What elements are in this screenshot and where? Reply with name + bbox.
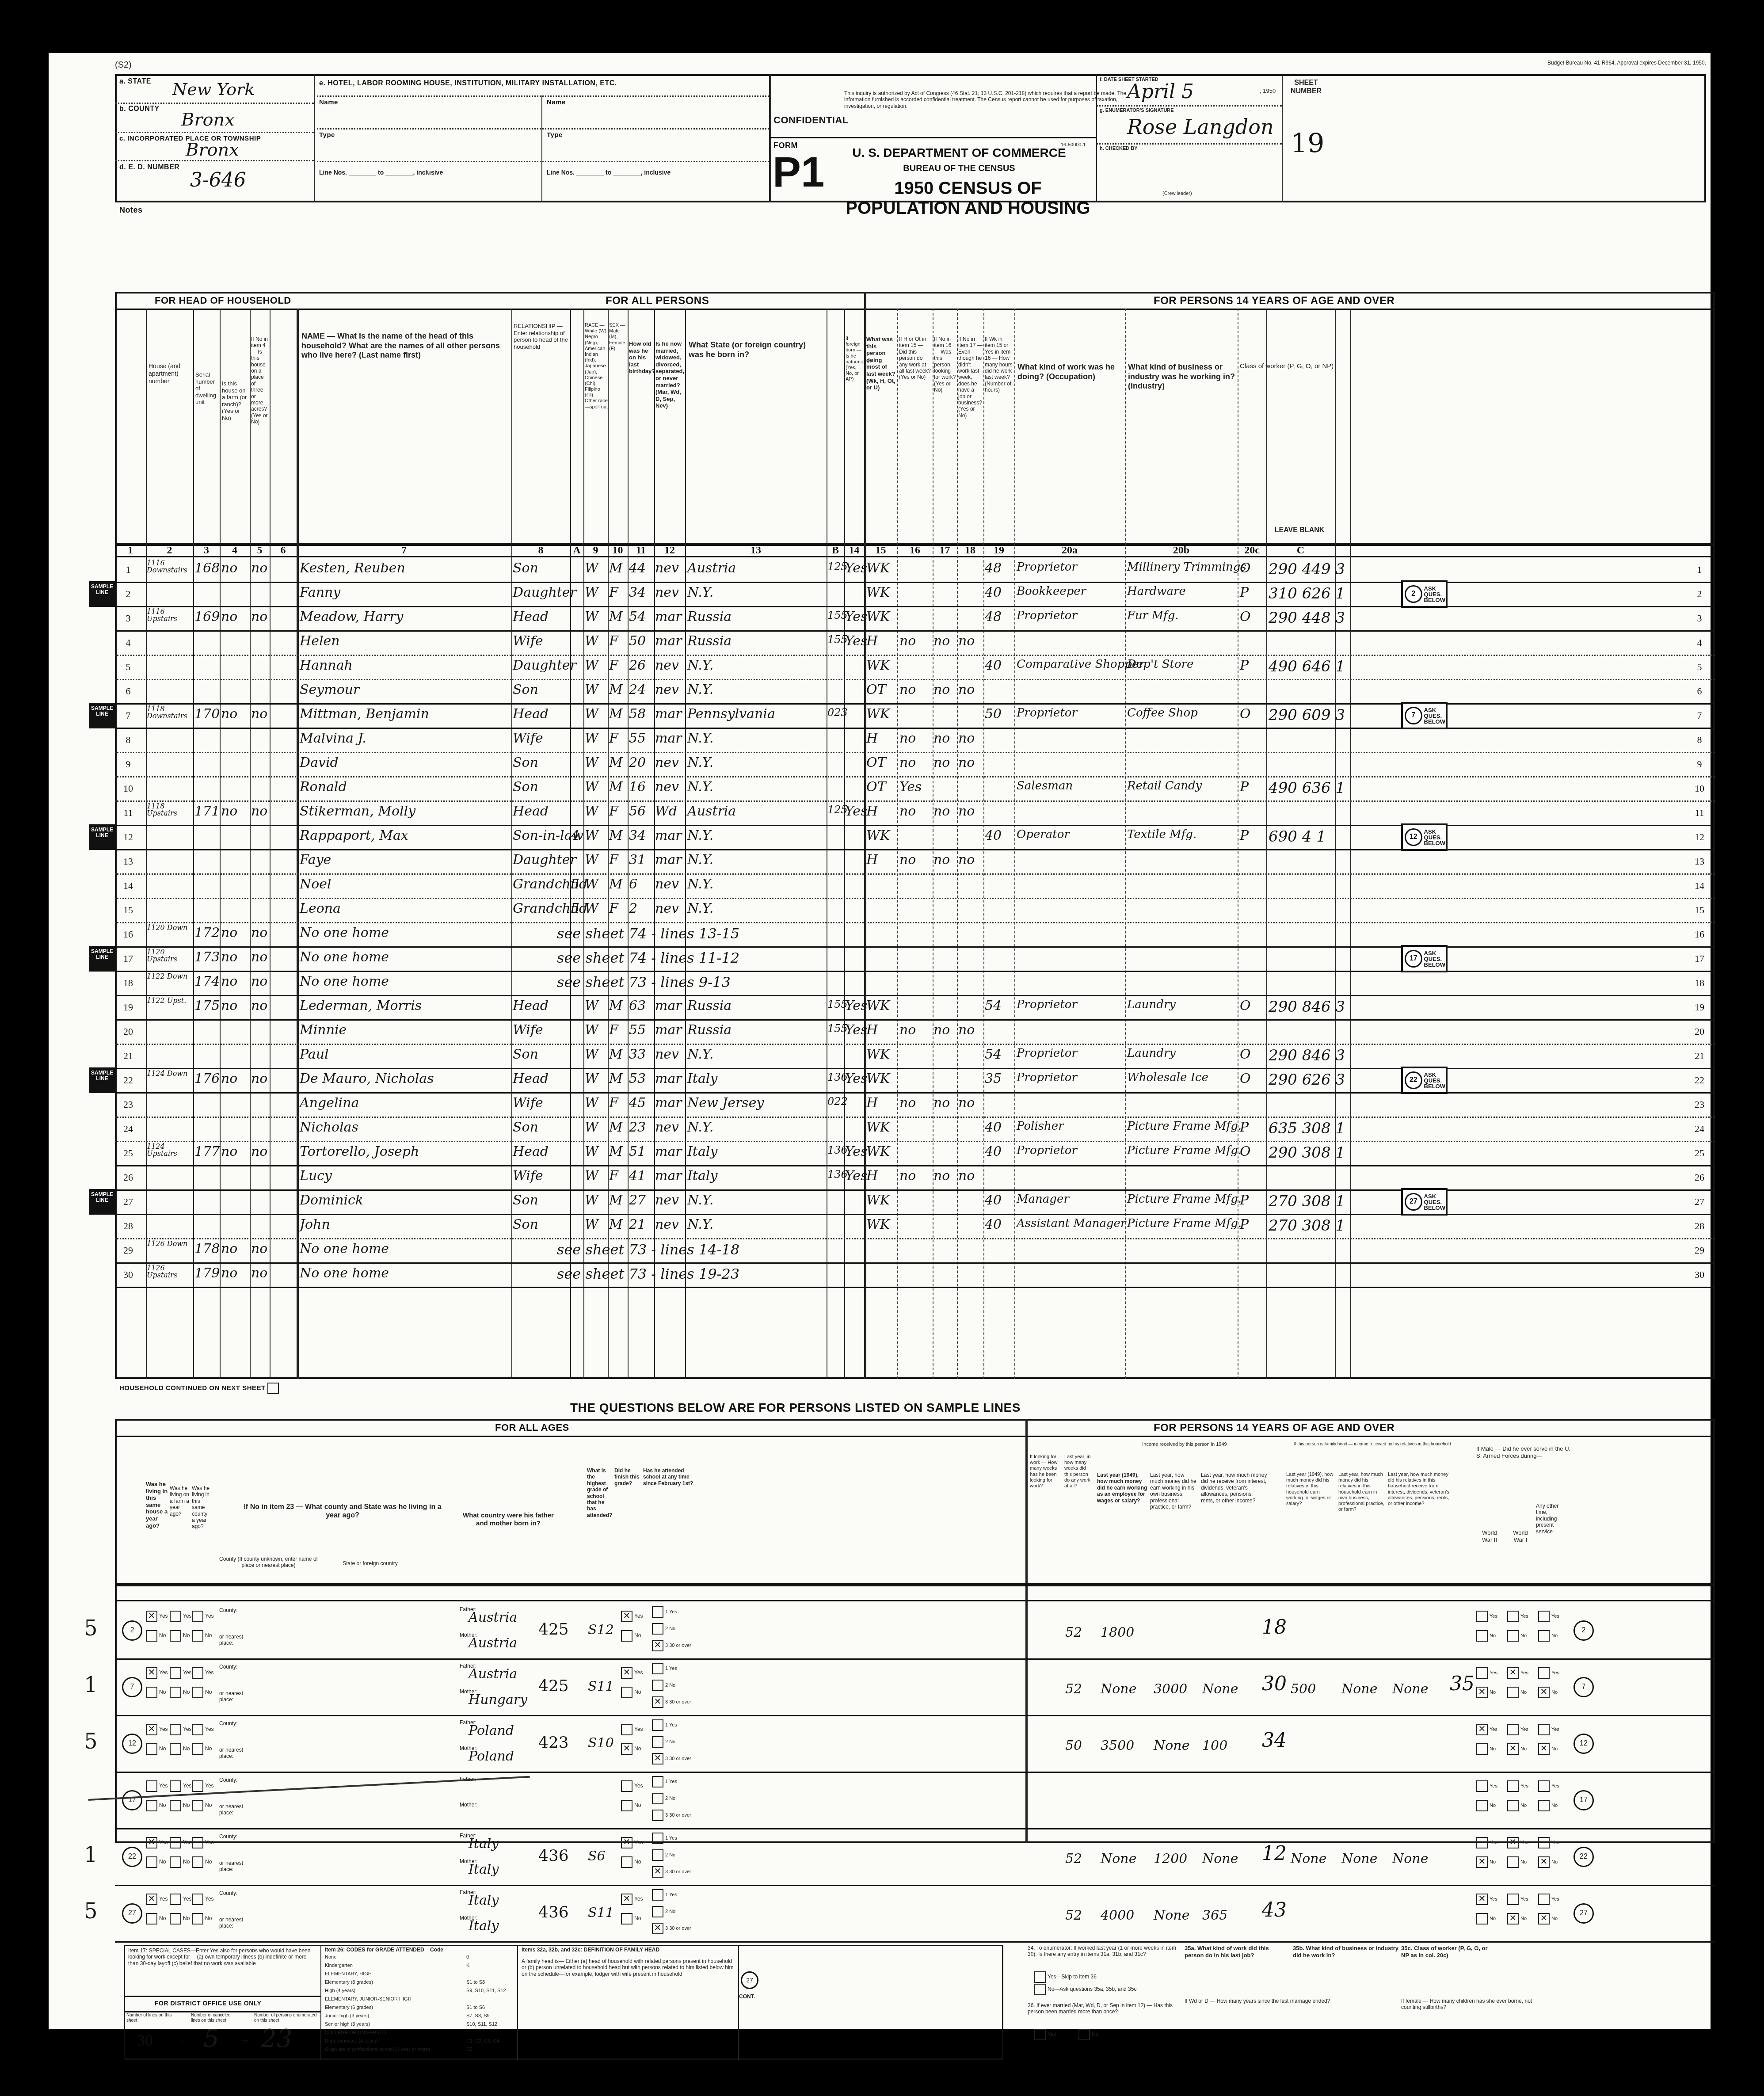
cell-mar[interactable]: mar	[655, 1071, 682, 1086]
cell-race[interactable]: W	[585, 658, 598, 673]
cell-nat[interactable]: Yes	[845, 1022, 867, 1038]
cell-rel[interactable]: Grandchild	[513, 877, 587, 892]
cell-act[interactable]: H	[866, 633, 878, 649]
cell-c16[interactable]: no	[899, 1168, 916, 1184]
cell-mar[interactable]: nev	[655, 560, 679, 576]
cell-cls[interactable]: O	[1240, 609, 1251, 625]
cell-ind[interactable]: Picture Frame Mfg.	[1127, 1120, 1242, 1133]
cell-rel[interactable]: Son	[513, 755, 538, 770]
cell-c17[interactable]: no	[933, 804, 950, 819]
cell-name[interactable]: Stikerman, Molly	[300, 804, 415, 819]
military-no[interactable]: No	[1538, 1800, 1558, 1811]
income-c31b[interactable]: 3000	[1154, 1681, 1187, 1697]
attended-school-option[interactable]: ✕3 30 or over	[652, 1640, 691, 1651]
income-c31c[interactable]: 100	[1202, 1738, 1227, 1753]
cell-code[interactable]: 290 449 3	[1269, 560, 1345, 578]
cell-sex[interactable]: F	[609, 633, 618, 649]
cell-nat[interactable]: Yes	[845, 1168, 867, 1184]
sheet-number[interactable]: 19	[1291, 128, 1324, 159]
military-yes[interactable]: Yes	[1476, 1780, 1497, 1792]
cell-race[interactable]: W	[585, 585, 598, 600]
cell-born[interactable]: N.Y.	[687, 1047, 713, 1062]
street-address[interactable]: 1124 Upstairs	[147, 1143, 191, 1157]
cell-rel[interactable]: Wife	[513, 731, 543, 746]
income-c30[interactable]: 52	[1065, 1908, 1082, 1923]
cell-name[interactable]: No one home	[300, 1265, 389, 1281]
cell-c17[interactable]: no	[933, 731, 950, 746]
father-country[interactable]: Austria	[469, 1666, 517, 1682]
cell-sex[interactable]: F	[609, 804, 618, 819]
cell-age[interactable]: 34	[629, 585, 646, 600]
cell-rel[interactable]: Head	[513, 1144, 549, 1159]
cell-code[interactable]: 490 636 1	[1269, 779, 1345, 797]
no-checkbox[interactable]: No	[192, 1800, 212, 1811]
cell-name[interactable]: Nicholas	[300, 1120, 358, 1135]
military-yes[interactable]: Yes	[1507, 1724, 1528, 1735]
attended-school-option[interactable]: 2 No	[652, 1906, 675, 1917]
cell-race[interactable]: W	[585, 682, 598, 697]
cell-hours[interactable]: 40	[985, 1144, 1002, 1159]
cell-born[interactable]: N.Y.	[687, 755, 713, 770]
cell-born[interactable]: N.Y.	[687, 901, 713, 916]
cell-rel[interactable]: Daughter	[513, 852, 576, 868]
attended-school-option[interactable]: 2 No	[652, 1623, 675, 1635]
finished-no[interactable]: No	[621, 1687, 641, 1698]
cell-act[interactable]: WK	[866, 585, 890, 600]
yes-checkbox[interactable]: Yes	[170, 1724, 192, 1735]
cell-occ[interactable]: Proprietor	[1017, 609, 1077, 622]
cell-serial[interactable]: 168	[194, 560, 220, 576]
income-c31a[interactable]: None	[1101, 1851, 1136, 1867]
street-address[interactable]: 1118 Downstairs	[147, 705, 191, 720]
cell-c18[interactable]: no	[958, 755, 975, 770]
cell-hours[interactable]: 48	[985, 609, 1002, 625]
yes-checkbox[interactable]: ✕Yes	[146, 1611, 168, 1622]
cell-cls[interactable]: P	[1240, 585, 1249, 600]
cell-act[interactable]: WK	[866, 1217, 890, 1232]
cell-mar[interactable]: nev	[655, 877, 679, 892]
cell-serial[interactable]: 178	[194, 1241, 220, 1257]
persons-value[interactable]: 23	[261, 2024, 292, 2053]
attended-school-option[interactable]: ✕3 30 or over	[652, 1696, 691, 1708]
cell-occ[interactable]: Comparative Shopper	[1017, 658, 1144, 671]
military-yes[interactable]: Yes	[1538, 1837, 1559, 1848]
street-address[interactable]: 1126 Upstairs	[147, 1265, 191, 1279]
military-no[interactable]: ✕No	[1538, 1913, 1558, 1925]
cell-cls[interactable]: O	[1240, 1071, 1251, 1086]
cell-cls[interactable]: O	[1240, 1144, 1251, 1159]
cell-ind[interactable]: Laundry	[1127, 998, 1176, 1011]
cell-farm[interactable]: no	[221, 1241, 237, 1257]
cell-act[interactable]: WK	[866, 998, 890, 1014]
yes-checkbox[interactable]: ✕Yes	[146, 1667, 168, 1679]
cell-c18[interactable]: no	[958, 804, 975, 819]
cell-name[interactable]: John	[300, 1217, 330, 1232]
cell-rel[interactable]: Daughter	[513, 658, 576, 673]
cell-code[interactable]: 290 308 1	[1269, 1144, 1345, 1162]
military-yes[interactable]: Yes	[1476, 1837, 1497, 1848]
cell-born[interactable]: N.Y.	[687, 852, 713, 868]
cell-nat[interactable]: Yes	[845, 998, 867, 1014]
cell-c16[interactable]: no	[899, 804, 916, 819]
cell-cls[interactable]: P	[1240, 658, 1249, 673]
cell-age[interactable]: 2	[629, 901, 637, 916]
street-address[interactable]: 1122 Down	[147, 973, 191, 980]
cell-mar[interactable]: mar	[655, 1095, 682, 1111]
cell-race[interactable]: W	[585, 877, 598, 892]
cell-hours[interactable]: 40	[985, 828, 1002, 843]
cell-farm[interactable]: no	[221, 804, 237, 819]
cell-ind[interactable]: Millinery Trimmings	[1127, 560, 1246, 574]
cell-age[interactable]: 27	[629, 1193, 646, 1208]
cell-race[interactable]: W	[585, 779, 598, 795]
no-checkbox[interactable]: No	[170, 1687, 190, 1698]
cell-name[interactable]: Minnie	[300, 1022, 347, 1038]
no-checkbox[interactable]: No	[146, 1630, 166, 1642]
cell-ind[interactable]: Picture Frame Mfg.	[1127, 1193, 1242, 1206]
cell-rel[interactable]: Son	[513, 682, 538, 697]
attended-school-option[interactable]: 3 30 or over	[652, 1810, 691, 1821]
cell-act[interactable]: H	[866, 1095, 878, 1111]
grade-attended[interactable]: S6	[588, 1848, 606, 1864]
cell-name[interactable]: Helen	[300, 633, 340, 649]
cell-occ[interactable]: Polisher	[1017, 1120, 1064, 1133]
mother-country[interactable]: Austria	[469, 1635, 517, 1651]
finished-no[interactable]: No	[621, 1630, 641, 1642]
cell-c18[interactable]: no	[958, 731, 975, 746]
cell-c16[interactable]: no	[899, 852, 916, 868]
cell-race[interactable]: W	[585, 852, 598, 868]
cell-rel[interactable]: Son	[513, 1120, 538, 1135]
cell-age[interactable]: 45	[629, 1095, 646, 1111]
cell-age[interactable]: 58	[629, 706, 646, 722]
cell-age[interactable]: 56	[629, 804, 646, 819]
cell-name[interactable]: David	[300, 755, 339, 770]
cell-code[interactable]: 290 448 3	[1269, 609, 1345, 627]
cell-ind[interactable]: Wholesale Ice	[1127, 1071, 1208, 1084]
military-no[interactable]: No	[1476, 1630, 1496, 1642]
cell-nat[interactable]: Yes	[845, 1144, 867, 1159]
cell-hours[interactable]: 40	[985, 658, 1002, 673]
military-yes[interactable]: Yes	[1538, 1724, 1559, 1735]
cell-name[interactable]: Mittman, Benjamin	[300, 706, 429, 722]
income-c31c[interactable]: None	[1202, 1681, 1238, 1697]
cell-name[interactable]: Tortorello, Joseph	[300, 1144, 419, 1159]
cell-mar[interactable]: nev	[655, 755, 679, 770]
military-yes[interactable]: ✕Yes	[1507, 1837, 1528, 1848]
cell-ind[interactable]: Textile Mfg.	[1127, 828, 1196, 841]
q36-no[interactable]: No	[1078, 2029, 1098, 2040]
military-yes[interactable]: Yes	[1476, 1611, 1497, 1622]
cell-farm[interactable]: no	[221, 1265, 237, 1281]
cell-rel[interactable]: Son	[513, 1047, 538, 1062]
cell-b[interactable]: 125	[827, 560, 848, 573]
cell-nat[interactable]: Yes	[845, 1071, 867, 1086]
street-address[interactable]: 1122 Upst.	[147, 997, 191, 1004]
yes-checkbox[interactable]: ✕Yes	[146, 1724, 168, 1735]
cell-rel[interactable]: Son	[513, 779, 538, 795]
military-yes[interactable]: Yes	[1507, 1780, 1528, 1792]
cell-name[interactable]: No one home	[300, 974, 389, 989]
cell-sex[interactable]: F	[609, 901, 618, 916]
cell-c18[interactable]: no	[958, 1022, 975, 1038]
cell-act[interactable]: OT	[866, 779, 886, 795]
cell-name[interactable]: Rappaport, Max	[300, 828, 408, 843]
place-value[interactable]: Bronx	[186, 140, 239, 160]
cell-occ[interactable]: Salesman	[1017, 779, 1073, 793]
grade-attended[interactable]: S11	[588, 1679, 614, 1694]
yes-checkbox[interactable]: Yes	[170, 1894, 192, 1905]
cell-rel[interactable]: Head	[513, 706, 549, 722]
yes-checkbox[interactable]: Yes	[192, 1837, 214, 1848]
cell-serial[interactable]: 174	[194, 974, 220, 989]
income-f[interactable]: 30	[1262, 1673, 1287, 1695]
cell-act[interactable]: H	[866, 852, 878, 868]
cell-rel[interactable]: Daughter	[513, 585, 576, 600]
mother-country[interactable]: Italy	[469, 1918, 499, 1934]
yes-checkbox[interactable]: ✕Yes	[146, 1837, 168, 1848]
cell-code[interactable]: 290 846 3	[1269, 998, 1345, 1016]
cell-race[interactable]: W	[585, 560, 598, 576]
cell-hours[interactable]: 40	[985, 1120, 1002, 1135]
cell-name[interactable]: Ronald	[300, 779, 347, 795]
cell-code[interactable]: 290 626 3	[1269, 1071, 1345, 1089]
cell-sex[interactable]: F	[609, 585, 618, 600]
cell-serial[interactable]: 177	[194, 1144, 220, 1159]
cell-race[interactable]: W	[585, 706, 598, 722]
grade-attended[interactable]: S11	[588, 1905, 614, 1921]
cell-age[interactable]: 20	[629, 755, 646, 770]
cell-code[interactable]: 270 308 1	[1269, 1217, 1345, 1235]
cell-nat[interactable]: Yes	[845, 560, 867, 576]
cell-born[interactable]: Russia	[687, 633, 732, 649]
yes-checkbox[interactable]: Yes	[170, 1667, 192, 1679]
cell-race[interactable]: W	[585, 609, 598, 625]
cell-race[interactable]: W	[585, 998, 598, 1014]
father-country[interactable]: Poland	[469, 1723, 514, 1738]
cell-rel[interactable]: Son	[513, 1217, 538, 1232]
cell-rel[interactable]: Wife	[513, 1168, 543, 1184]
military-no[interactable]: No	[1507, 1856, 1527, 1868]
cell-age[interactable]: 21	[629, 1217, 646, 1232]
father-country[interactable]: Austria	[469, 1610, 517, 1625]
cell-farm[interactable]: no	[221, 925, 237, 941]
cell-cls[interactable]: O	[1240, 998, 1251, 1014]
no-checkbox[interactable]: No	[146, 1800, 166, 1811]
cell-acres[interactable]: no	[251, 706, 267, 722]
cell-mar[interactable]: nev	[655, 901, 679, 916]
cell-hours[interactable]: 48	[985, 560, 1002, 576]
cell-occ[interactable]: Proprietor	[1017, 706, 1077, 720]
military-no[interactable]: ✕No	[1507, 1913, 1527, 1925]
cell-age[interactable]: 31	[629, 852, 646, 868]
cell-born[interactable]: Austria	[687, 560, 736, 576]
cell-age[interactable]: 23	[629, 1120, 646, 1135]
cell-ind[interactable]: Laundry	[1127, 1047, 1176, 1060]
cell-name[interactable]: Meadow, Harry	[300, 609, 404, 625]
cell-farm[interactable]: no	[221, 1071, 237, 1086]
no-checkbox[interactable]: No	[192, 1913, 212, 1925]
cell-c18[interactable]: no	[958, 1168, 975, 1184]
mother-country[interactable]: Poland	[469, 1749, 514, 1764]
street-address[interactable]: 1120 Upstairs	[147, 949, 191, 963]
income-c32a[interactable]: None	[1291, 1851, 1326, 1867]
cell-age[interactable]: 51	[629, 1144, 646, 1159]
state-value[interactable]: New York	[172, 80, 255, 99]
cell-mar[interactable]: nev	[655, 1217, 679, 1232]
cell-cls[interactable]: P	[1240, 828, 1249, 843]
cell-born[interactable]: N.Y.	[687, 731, 713, 746]
cell-name[interactable]: No one home	[300, 949, 389, 965]
cell-rel[interactable]: Head	[513, 804, 549, 819]
cell-name[interactable]: Dominick	[300, 1193, 363, 1208]
no-checkbox[interactable]: No	[146, 1856, 166, 1868]
income-c32b[interactable]: None	[1341, 1681, 1377, 1697]
cell-race[interactable]: W	[585, 755, 598, 770]
cell-act[interactable]: WK	[866, 1120, 890, 1135]
cell-born[interactable]: New Jersey	[687, 1095, 764, 1111]
cell-ind[interactable]: Hardware	[1127, 585, 1186, 598]
income-c31b[interactable]: 1200	[1154, 1851, 1187, 1867]
cell-sex[interactable]: M	[609, 560, 623, 576]
income-c32b[interactable]: None	[1341, 1851, 1377, 1867]
finished-yes[interactable]: ✕Yes	[621, 1611, 643, 1622]
cell-cls[interactable]: P	[1240, 779, 1249, 795]
yes-checkbox[interactable]: Yes	[170, 1780, 192, 1792]
yes-checkbox[interactable]: Yes	[192, 1667, 214, 1679]
finished-no[interactable]: No	[621, 1800, 641, 1811]
income-c31c[interactable]: 365	[1202, 1908, 1227, 1923]
cell-c17[interactable]: no	[933, 682, 950, 697]
cell-c17[interactable]: no	[933, 1022, 950, 1038]
cell-race[interactable]: W	[585, 1168, 598, 1184]
attended-school-option[interactable]: ✕3 30 or over	[652, 1866, 691, 1878]
cell-mar[interactable]: nev	[655, 682, 679, 697]
cell-serial[interactable]: 172	[194, 925, 220, 941]
cell-age[interactable]: 26	[629, 658, 646, 673]
cell-sex[interactable]: M	[609, 1071, 623, 1086]
cell-born[interactable]: Russia	[687, 998, 732, 1014]
cell-rel[interactable]: Wife	[513, 1022, 543, 1038]
military-no[interactable]: ✕No	[1538, 1687, 1558, 1698]
military-no[interactable]: No	[1538, 1630, 1558, 1642]
cell-age[interactable]: 6	[629, 877, 637, 892]
cell-c16[interactable]: no	[899, 1022, 916, 1038]
cell-occ[interactable]: Proprietor	[1017, 560, 1077, 574]
cell-c17[interactable]: no	[933, 1095, 950, 1111]
cell-nat[interactable]: Yes	[845, 633, 867, 649]
attended-school-option[interactable]: 2 No	[652, 1793, 675, 1804]
cell-cls[interactable]: P	[1240, 1120, 1249, 1135]
cell-occ[interactable]: Proprietor	[1017, 1144, 1077, 1157]
household-continued-checkbox[interactable]	[267, 1383, 279, 1394]
cell-act[interactable]: H	[866, 1168, 878, 1184]
cell-age[interactable]: 44	[629, 560, 646, 576]
cell-mar[interactable]: nev	[655, 1047, 679, 1062]
military-yes[interactable]: ✕Yes	[1476, 1894, 1497, 1905]
cell-code[interactable]: 310 626 1	[1269, 585, 1345, 602]
cell-age[interactable]: 53	[629, 1071, 646, 1086]
cell-age[interactable]: 50	[629, 633, 646, 649]
cell-name[interactable]: Kesten, Reuben	[300, 560, 405, 576]
income-f[interactable]: 34	[1262, 1729, 1287, 1752]
cell-hours[interactable]: 40	[985, 1217, 1002, 1232]
income-f[interactable]: 43	[1262, 1899, 1287, 1921]
cell-sex[interactable]: M	[609, 779, 623, 795]
income-c31a[interactable]: 1800	[1101, 1625, 1134, 1640]
income-f[interactable]: 12	[1262, 1842, 1287, 1865]
no-checkbox[interactable]: No	[192, 1687, 212, 1698]
cell-race[interactable]: W	[585, 1022, 598, 1038]
parent-code[interactable]: 423	[538, 1734, 569, 1752]
cell-name[interactable]: Angelina	[300, 1095, 359, 1111]
cell-born[interactable]: N.Y.	[687, 877, 713, 892]
cell-occ[interactable]: Bookkeeper	[1017, 585, 1086, 598]
no-checkbox[interactable]: No	[192, 1743, 212, 1755]
cell-farm[interactable]: no	[221, 706, 237, 722]
military-no[interactable]: No	[1507, 1800, 1527, 1811]
cell-sex[interactable]: M	[609, 1217, 623, 1232]
no-checkbox[interactable]: No	[146, 1913, 166, 1925]
cell-rel[interactable]: Son-in-law	[513, 828, 583, 843]
attended-school-option[interactable]: 1 Yes	[652, 1719, 677, 1731]
yes-checkbox[interactable]: Yes	[170, 1837, 192, 1848]
cell-mar[interactable]: mar	[655, 1168, 682, 1184]
cell-act[interactable]: H	[866, 1022, 878, 1038]
parent-code[interactable]: 436	[538, 1903, 569, 1921]
cell-c18[interactable]: no	[958, 682, 975, 697]
cell-name[interactable]: No one home	[300, 1241, 389, 1257]
military-no[interactable]: No	[1507, 1630, 1527, 1642]
cell-name[interactable]: Leona	[300, 901, 341, 916]
cell-c17[interactable]: no	[933, 1168, 950, 1184]
cell-b[interactable]: 023	[827, 706, 848, 719]
cell-race[interactable]: W	[585, 1047, 598, 1062]
cell-mar[interactable]: nev	[655, 779, 679, 795]
cell-note[interactable]: see sheet 74 - lines 13-15	[557, 925, 739, 942]
cell-act[interactable]: H	[866, 731, 878, 746]
cell-age[interactable]: 54	[629, 609, 646, 625]
cell-c16[interactable]: no	[899, 1095, 916, 1111]
cell-mar[interactable]: mar	[655, 1144, 682, 1159]
attended-school-option[interactable]: 1 Yes	[652, 1663, 677, 1674]
no-checkbox[interactable]: No	[170, 1743, 190, 1755]
cell-mar[interactable]: mar	[655, 731, 682, 746]
cell-farm[interactable]: no	[221, 560, 237, 576]
cell-rel[interactable]: Head	[513, 609, 549, 625]
military-yes[interactable]: Yes	[1507, 1894, 1528, 1905]
cell-born[interactable]: N.Y.	[687, 585, 713, 600]
cell-code[interactable]: 270 308 1	[1269, 1193, 1345, 1210]
cell-acres[interactable]: no	[251, 1071, 267, 1086]
cell-act[interactable]: WK	[866, 1193, 890, 1208]
cell-occ[interactable]: Proprietor	[1017, 1071, 1077, 1084]
cell-born[interactable]: N.Y.	[687, 1120, 713, 1135]
income-c31a[interactable]: 3500	[1101, 1738, 1134, 1753]
cell-hours[interactable]: 40	[985, 585, 1002, 600]
cell-born[interactable]: Italy	[687, 1168, 717, 1184]
cell-sex[interactable]: M	[609, 609, 623, 625]
cell-born[interactable]: Pennsylvania	[687, 706, 775, 722]
cell-hours[interactable]: 35	[985, 1071, 1002, 1086]
cell-farm[interactable]: no	[221, 949, 237, 965]
cell-born[interactable]: N.Y.	[687, 779, 713, 795]
cell-nat[interactable]: Yes	[845, 804, 867, 819]
military-yes[interactable]: ✕Yes	[1507, 1667, 1528, 1679]
cell-name[interactable]: Seymour	[300, 682, 359, 697]
cell-sex[interactable]: M	[609, 998, 623, 1014]
cell-ind[interactable]: Coffee Shop	[1127, 706, 1198, 720]
